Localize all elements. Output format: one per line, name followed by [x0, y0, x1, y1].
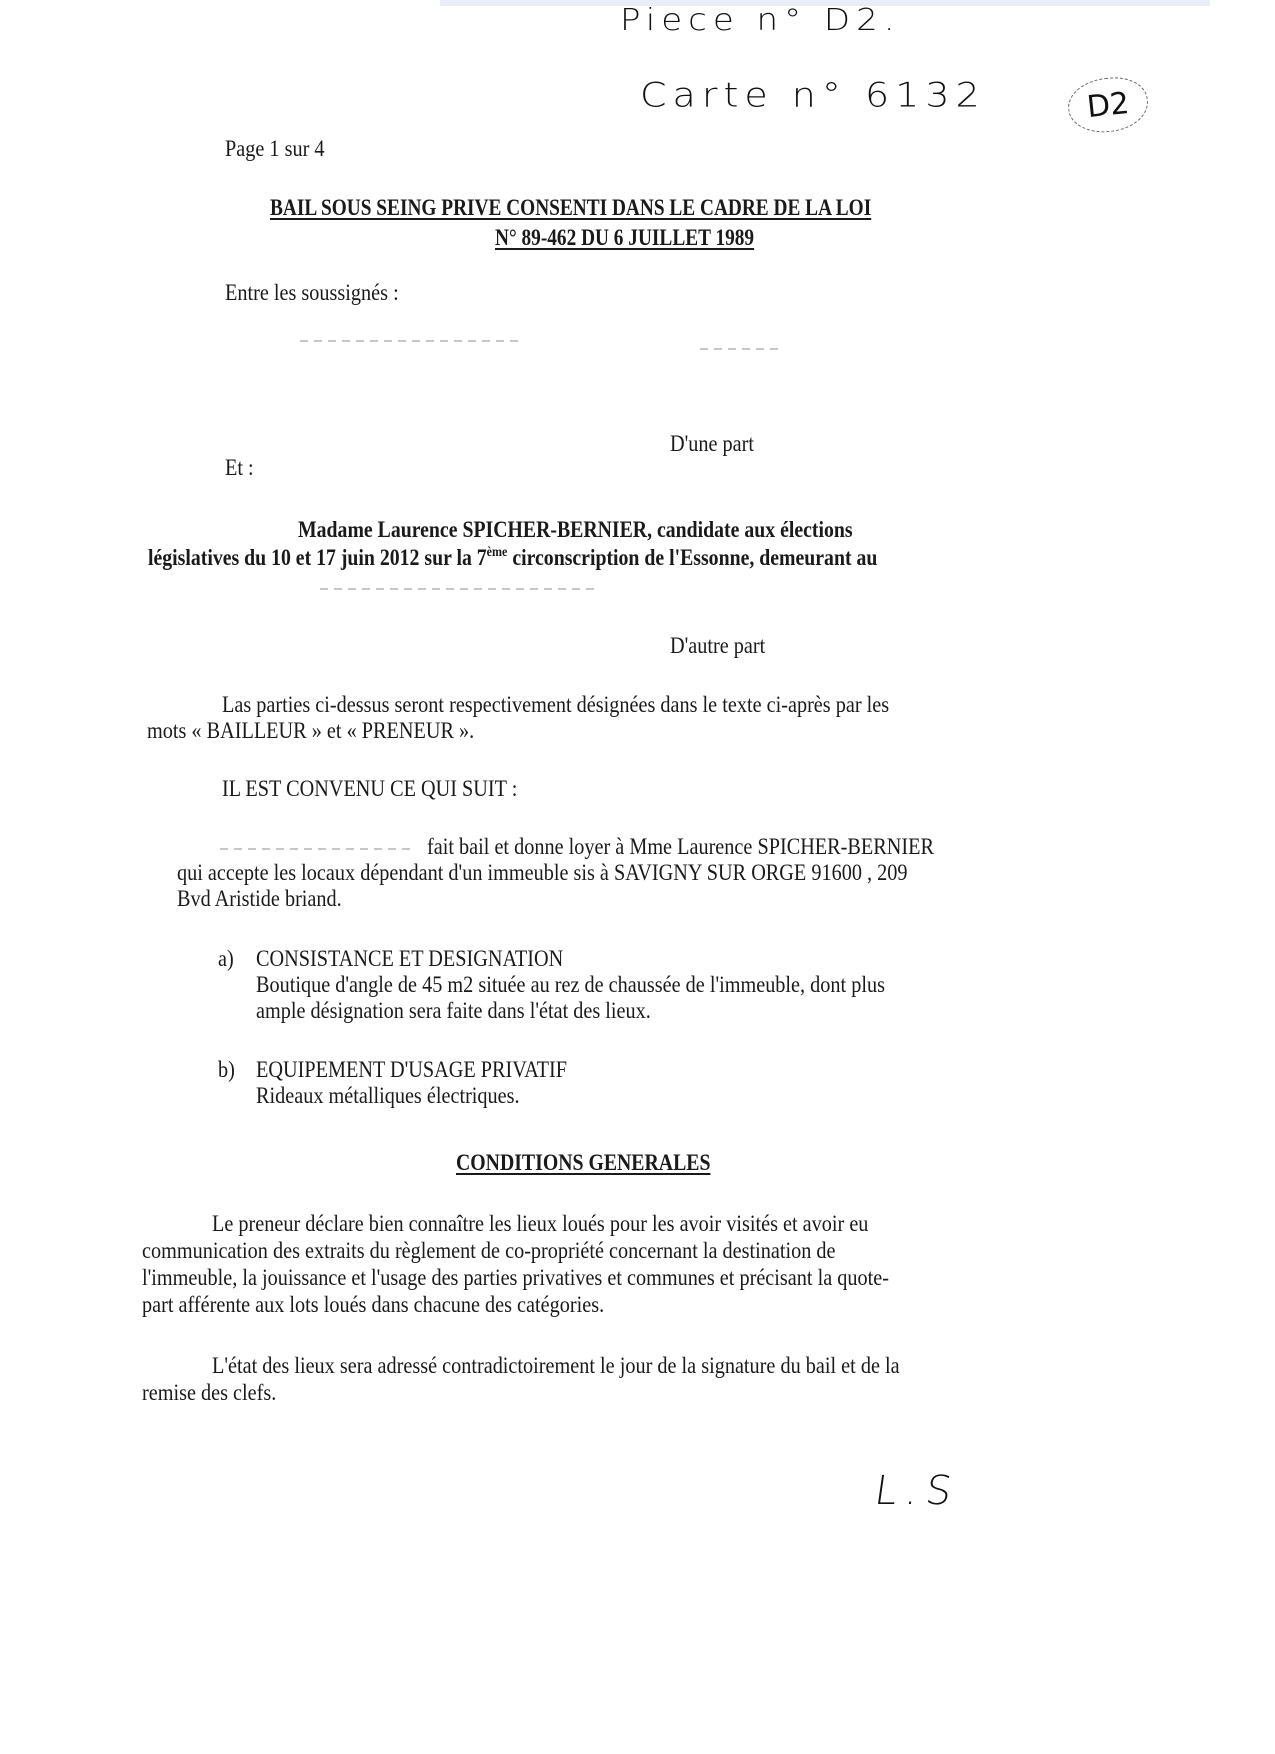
item-a-line1: Boutique d'angle de 45 m2 située au rez …	[256, 971, 885, 999]
second-party-line2-rest: circonscription de l'Essonne, demeurant …	[507, 545, 877, 570]
ordinal-superscript: ème	[487, 545, 508, 560]
stamp-label: D2	[1085, 85, 1131, 124]
agreement-line3: Bvd Aristide briand.	[177, 885, 342, 913]
definitions-line1: Las parties ci-dessus seront respectivem…	[222, 691, 889, 719]
handwritten-card-number: Carte n° 6132	[640, 75, 986, 115]
handwritten-piece-number: Piece n° D2.	[620, 2, 901, 38]
circled-exhibit-stamp: D2	[1065, 74, 1150, 136]
and-label: Et :	[225, 454, 254, 482]
second-party-label: D'autre part	[670, 632, 765, 660]
second-party-line2: législatives du 10 et 17 juin 2012 sur l…	[148, 544, 877, 572]
conditions-para1-line3: l'immeuble, la jouissance et l'usage des…	[142, 1264, 889, 1292]
agreement-line1: fait bail et donne loyer à Mme Laurence …	[427, 833, 934, 861]
redacted-first-party	[300, 340, 520, 342]
item-a-title: CONSISTANCE ET DESIGNATION	[256, 945, 563, 973]
document-title-line1: BAIL SOUS SEING PRIVE CONSENTI DANS LE C…	[270, 194, 871, 222]
agreement-line2: qui accepte les locaux dépendant d'un im…	[177, 859, 907, 887]
item-b-marker: b)	[218, 1056, 235, 1084]
handwritten-initials: L.S	[872, 1468, 963, 1514]
parties-intro: Entre les soussignés :	[225, 279, 399, 307]
conditions-para2-line2: remise des clefs.	[142, 1379, 276, 1407]
agreement-heading: IL EST CONVENU CE QUI SUIT :	[222, 775, 517, 803]
item-a-marker: a)	[218, 945, 234, 973]
item-b-title: EQUIPEMENT D'USAGE PRIVATIF	[256, 1056, 567, 1084]
definitions-line2: mots « BAILLEUR » et « PRENEUR ».	[147, 717, 474, 745]
item-a-line2: ample désignation sera faite dans l'état…	[256, 997, 651, 1025]
conditions-para1-line1: Le preneur déclare bien connaître les li…	[212, 1210, 868, 1238]
conditions-heading: CONDITIONS GENERALES	[456, 1149, 710, 1177]
conditions-para2-line1: L'état des lieux sera adressé contradict…	[212, 1352, 900, 1380]
conditions-para1-line2: communication des extraits du règlement …	[142, 1237, 836, 1265]
item-b-line1: Rideaux métalliques électriques.	[256, 1082, 520, 1110]
redacted-address	[320, 588, 600, 590]
second-party-line2-text: législatives du 10 et 17 juin 2012 sur l…	[148, 545, 487, 570]
first-party-label: D'une part	[670, 430, 754, 458]
redacted-first-party-fragment	[700, 348, 780, 350]
second-party-line1: Madame Laurence SPICHER-BERNIER, candida…	[298, 516, 853, 544]
conditions-para1-line4: part afférente aux lots loués dans chacu…	[142, 1291, 604, 1319]
redacted-lessor-name	[220, 848, 410, 850]
document-title-line2: N° 89-462 DU 6 JUILLET 1989	[495, 224, 754, 252]
page-indicator: Page 1 sur 4	[225, 135, 325, 163]
